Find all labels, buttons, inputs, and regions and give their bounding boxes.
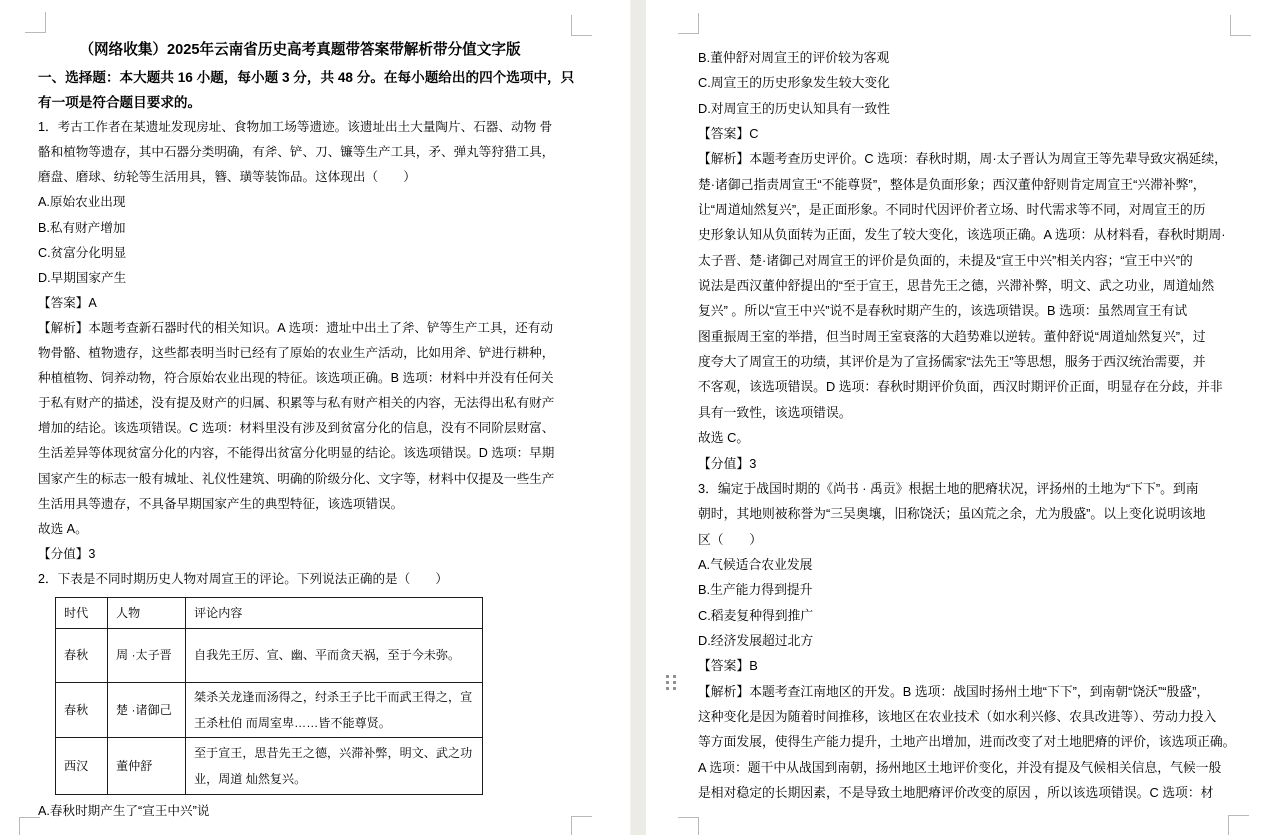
table-cell: 楚 ·诸御己 <box>108 682 186 737</box>
table-cell: 时代 <box>56 597 108 628</box>
text-line: C.稻麦复种得到推广 <box>698 603 1250 628</box>
text-line: C.周宣王的历史形象发生较大变化 <box>698 70 1250 95</box>
text-line: 史形象认知从负面转为正面，发生了较大变化，该选项正确。A 选项：从材料看，春秋时… <box>698 222 1250 247</box>
text-line: 生活差异等体现贫富分化的内容，不能得出贫富分化明显的结论。该选项错误。D 选项：… <box>38 441 562 466</box>
table-cell: 西汉 <box>56 737 108 794</box>
text-line: 朝时，其地则被称誉为“三吴奥壤，旧称饶沃；虽凶荒之余，尤为殷盛”。以上变化说明该… <box>698 501 1250 526</box>
document-page-right: B.董仲舒对周宣王的评价较为客观C.周宣王的历史形象发生较大变化D.对周宣王的历… <box>646 0 1270 835</box>
text-line: A.春秋时期产生了“宣王中兴”说 <box>38 799 562 824</box>
left-page-text-column: （网络收集）2025年云南省历史高考真题带答案带解析带分值文字版 一、选择题：本… <box>38 38 562 824</box>
table-cell: 桀杀关龙逢而汤得之，纣杀王子比干而武王得之，宣王杀杜伯 而周室卑……皆不能尊贤。 <box>186 682 483 737</box>
text-line: 一、选择题：本大题共 16 小题，每小题 3 分，共 48 分。在每小题给出的四… <box>38 65 562 90</box>
text-line: D.对周宣王的历史认知具有一致性 <box>698 96 1250 121</box>
document-title: （网络收集）2025年云南省历史高考真题带答案带解析带分值文字版 <box>38 38 562 65</box>
text-line: 【答案】C <box>698 121 1250 146</box>
text-line: 【分值】3 <box>38 542 562 567</box>
left-page-lines: 一、选择题：本大题共 16 小题，每小题 3 分，共 48 分。在每小题给出的四… <box>38 65 562 592</box>
text-line: 说法是西汉董仲舒提出的“至于宣王，思昔先王之德，兴滞补弊，明文、武之功业，周道灿… <box>698 273 1250 298</box>
text-line: 【解析】本题考查历史评价。C 选项：春秋时期，周·太子晋认为周宣王等先辈导致灾祸… <box>698 146 1250 171</box>
table-cell: 董仲舒 <box>108 737 186 794</box>
table-row: 春秋楚 ·诸御己桀杀关龙逢而汤得之，纣杀王子比干而武王得之，宣王杀杜伯 而周室卑… <box>56 682 483 737</box>
text-line: 【答案】A <box>38 291 562 316</box>
text-boundary-mark <box>571 816 592 835</box>
text-line: 复兴” 。所以“宣王中兴”说不是春秋时期产生的，该选项错误。B 选项：虽然周宣王… <box>698 298 1250 323</box>
text-line: 楚·诸御己指责周宣王“不能尊贤”，整体是负面形象；西汉董仲舒则肯定周宣王“兴滞补… <box>698 172 1250 197</box>
text-boundary-mark <box>678 817 699 835</box>
text-line: C.贫富分化明显 <box>38 241 562 266</box>
table-header-row: 时代人物评论内容 <box>56 597 483 628</box>
table-cell: 春秋 <box>56 628 108 682</box>
text-line: 有一项是符合题目要求的。 <box>38 90 562 115</box>
text-line: 3．编定于战国时期的《尚书 · 禹贡》根据土地的肥瘠状况，评扬州的土地为“下下”… <box>698 476 1250 501</box>
text-line: 不客观，该选项错误。D 选项：春秋时期评价负面，西汉时期评价正面，明显存在分歧，… <box>698 374 1250 399</box>
text-line: 1．考古工作者在某遗址发现房址、食物加工场等遗迹。该遗址出土大量陶片、石器、动物… <box>38 115 562 140</box>
text-line: B.董仲舒对周宣王的评价较为客观 <box>698 45 1250 70</box>
text-line: 磨盘、磨球、纺轮等生活用具，簪、璜等装饰品。这体现出（ ） <box>38 165 562 190</box>
text-line: 故选 A。 <box>38 517 562 542</box>
text-boundary-mark <box>19 817 40 835</box>
right-page-text-column: B.董仲舒对周宣王的评价较为客观C.周宣王的历史形象发生较大变化D.对周宣王的历… <box>698 45 1250 805</box>
question2-table: 时代人物评论内容春秋周 ·太子晋自我先王厉、宣、幽、平而贪天祸，至于今未弥。春秋… <box>55 597 483 795</box>
text-line: 【解析】本题考查新石器时代的相关知识。A 选项：遗址中出土了斧、铲等生产工具，还… <box>38 316 562 341</box>
text-boundary-mark <box>1230 15 1251 36</box>
text-line: 等方面发展，使得生产能力提升，土地产出增加，进而改变了对土地肥瘠的评价，该选项正… <box>698 729 1250 754</box>
text-line: D.早期国家产生 <box>38 266 562 291</box>
text-line: 是相对稳定的长期因素，不是导致土地肥瘠评价改变的原因 ，所以该选项错误。C 选项… <box>698 780 1250 805</box>
text-line: 【解析】本题考查江南地区的开发。B 选项：战国时扬州土地“下下”，到南朝“饶沃”… <box>698 679 1250 704</box>
text-line: 种植植物、饲养动物，符合原始农业出现的特征。该选项正确。B 选项：材料中并没有任… <box>38 366 562 391</box>
text-boundary-mark <box>678 13 699 34</box>
text-line: B.生产能力得到提升 <box>698 577 1250 602</box>
table-row: 西汉董仲舒至于宣王，思昔先王之德，兴滞补弊，明文、武之功业，周道 灿然复兴。 <box>56 737 483 794</box>
text-line: 物骨骼、植物遗存，这些都表明当时已经有了原始的农业生产活动，比如用斧、铲进行耕种… <box>38 341 562 366</box>
document-page-left: （网络收集）2025年云南省历史高考真题带答案带解析带分值文字版 一、选择题：本… <box>0 0 630 835</box>
text-line: 【分值】3 <box>698 451 1250 476</box>
table-row: 春秋周 ·太子晋自我先王厉、宣、幽、平而贪天祸，至于今未弥。 <box>56 628 483 682</box>
text-line: 故选 C。 <box>698 425 1250 450</box>
text-boundary-mark <box>25 12 46 33</box>
text-line: 增加的结论。该选项错误。C 选项：材料里没有涉及到贫富分化的信息，没有不同阶层财… <box>38 416 562 441</box>
text-line: D.经济发展超过北方 <box>698 628 1250 653</box>
table-cell: 春秋 <box>56 682 108 737</box>
text-line: 2．下表是不同时期历史人物对周宣王的评论。下列说法正确的是（ ） <box>38 567 562 592</box>
text-line: 这种变化是因为随着时间推移，该地区在农业技术（如水利兴修、农具改进等）、劳动力投… <box>698 704 1250 729</box>
text-line: 图重振周王室的举措，但当时周王室衰落的大趋势难以逆转。董仲舒说“周道灿然复兴”，… <box>698 324 1250 349</box>
text-line: 骼和植物等遗存，其中石器分类明确，有斧、铲、刀、镰等生产工具，矛、弹丸等狩猎工具… <box>38 140 562 165</box>
table-cell: 至于宣王，思昔先王之德，兴滞补弊，明文、武之功业，周道 灿然复兴。 <box>186 737 483 794</box>
drag-handle-icon[interactable] <box>666 675 677 692</box>
table-cell: 人物 <box>108 597 186 628</box>
text-line: 让“周道灿然复兴”，是正面形象。不同时代因评价者立场、时代需求等不同，对周宣王的… <box>698 197 1250 222</box>
text-line: 区（ ） <box>698 527 1250 552</box>
text-boundary-mark <box>571 15 592 36</box>
text-line: 度夸大了周宣王的功绩，其评价是为了宣扬儒家“法先王”等思想，服务于西汉统治需要，… <box>698 349 1250 374</box>
table-cell: 评论内容 <box>186 597 483 628</box>
text-line: B.私有财产增加 <box>38 216 562 241</box>
text-line: A.原始农业出现 <box>38 190 562 215</box>
text-line: 生活用具等遗存，不具备早期国家产生的典型特征，该选项错误。 <box>38 492 562 517</box>
text-line: A.气候适合农业发展 <box>698 552 1250 577</box>
text-line: 国家产生的标志一般有城址、礼仪性建筑、明确的阶级分化、文字等，材料中仅提及一些生… <box>38 467 562 492</box>
text-line: 【答案】B <box>698 653 1250 678</box>
text-boundary-mark <box>1228 815 1249 835</box>
text-line: 具有一致性，该选项错误。 <box>698 400 1250 425</box>
table-cell: 自我先王厉、宣、幽、平而贪天祸，至于今未弥。 <box>186 628 483 682</box>
text-line: 于私有财产的描述，没有提及财产的归属、积累等与私有财产相关的内容，无法得出私有财… <box>38 391 562 416</box>
left-page-lines-after-table: A.春秋时期产生了“宣王中兴”说 <box>38 799 562 824</box>
text-line: 太子晋、楚·诸御己对周宣王的评价是负面的，未提及“宣王中兴”相关内容；“宣王中兴… <box>698 248 1250 273</box>
table-cell: 周 ·太子晋 <box>108 628 186 682</box>
text-line: A 选项：题干中从战国到南朝，扬州地区土地评价变化，并没有提及气候相关信息，气候… <box>698 755 1250 780</box>
